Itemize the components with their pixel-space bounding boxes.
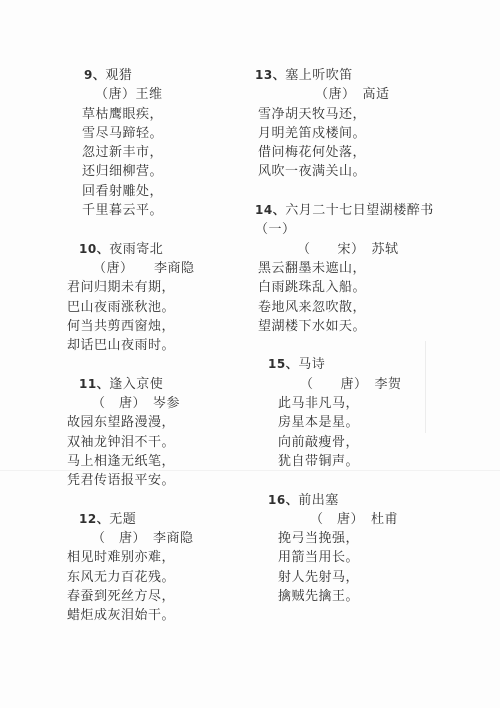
poem-line: 何当共剪西窗烛， [67,317,242,336]
left-column: 9、观猎 （唐）王维 草枯鹰眼疾， 雪尽马蹄轻。 忽过新丰市， 还归细柳营。 回… [67,66,242,645]
poem-author: （ 唐） 岑参 [92,394,242,413]
poem-title: 观猎 [105,68,132,83]
poem-line: 此马非凡马， [278,394,473,413]
poem-number: 12、 [79,512,109,526]
poem-number: 15、 [268,357,298,371]
poem-line: 蜡炬成灰泪始干。 [67,606,242,625]
poem-author: （唐） 李商隐 [93,259,242,278]
poem-title: 无题 [109,512,136,527]
poem-line: 君问归期未有期， [67,278,242,297]
poem-subtitle: （一） [255,220,473,239]
poem-line: 卷地风来忽吹散， [258,298,473,317]
poem-line: 用箭当用长。 [278,548,473,567]
poem-14: 14、六月二十七日望湖楼醉书 （一） （ 宋） 苏轼 黑云翻墨未遮山， 白雨跳珠… [253,201,473,336]
poem-author: （ 唐） 李商隐 [92,529,242,548]
right-column: 13、塞上听吹笛 （唐） 高适 雪净胡天牧马还， 月明羌笛戍楼间。 借问梅花何处… [253,66,473,626]
poem-line: 春蚕到死丝方尽， [67,587,242,606]
poem-line: 雪尽马蹄轻。 [82,124,242,143]
poem-heading: 16、前出塞 [268,491,473,510]
poem-line: 东风无力百花残。 [67,568,242,587]
poem-heading: 9、观猎 [84,66,242,85]
poem-line: 射人先射马， [278,568,473,587]
poem-line: 借问梅花何处落， [258,143,473,162]
poem-number: 13、 [255,68,285,82]
poem-line: 挽弓当挽强， [278,529,473,548]
poem-number: 10、 [79,242,109,256]
poem-line: 望湖楼下水如天。 [258,317,473,336]
poem-line: 巴山夜雨涨秋池。 [67,298,242,317]
poem-title: 六月二十七日望湖楼醉书 [285,203,434,218]
poem-heading: 15、马诗 [268,355,473,374]
poem-line: 相见时难别亦难， [67,548,242,567]
poem-line: 擒贼先擒王。 [278,587,473,606]
poem-line: 草枯鹰眼疾， [82,105,242,124]
poem-number: 9、 [84,68,105,82]
document-page: 9、观猎 （唐）王维 草枯鹰眼疾， 雪尽马蹄轻。 忽过新丰市， 还归细柳营。 回… [0,0,500,708]
poem-line: 千里暮云平。 [82,201,242,220]
poem-9: 9、观猎 （唐）王维 草枯鹰眼疾， 雪尽马蹄轻。 忽过新丰市， 还归细柳营。 回… [67,66,242,220]
poem-title: 前出塞 [298,493,339,508]
poem-line: 向前敲瘦骨， [278,433,473,452]
poem-line: 双袖龙钟泪不干。 [67,433,242,452]
poem-author: （唐） 高适 [315,85,473,104]
poem-heading: 13、塞上听吹笛 [255,66,473,85]
poem-10: 10、夜雨寄北 （唐） 李商隐 君问归期未有期， 巴山夜雨涨秋池。 何当共剪西窗… [67,240,242,356]
poem-line: 马上相逢无纸笔， [67,452,242,471]
poem-line: 回看射雕处， [82,182,242,201]
poem-line: 却话巴山夜雨时。 [67,336,242,355]
poem-line: 风吹一夜满关山。 [258,162,473,181]
poem-11: 11、逢入京使 （ 唐） 岑参 故园东望路漫漫， 双袖龙钟泪不干。 马上相逢无纸… [67,375,242,491]
poem-title: 夜雨寄北 [109,242,163,257]
poem-title: 塞上听吹笛 [285,68,353,83]
poem-line: 凭君传语报平安。 [67,471,242,490]
poem-number: 14、 [255,203,285,217]
poem-title: 马诗 [298,357,325,372]
poem-line: 还归细柳营。 [82,162,242,181]
poem-line: 雪净胡天牧马还， [258,105,473,124]
poem-title: 逢入京使 [109,377,163,392]
poem-13: 13、塞上听吹笛 （唐） 高适 雪净胡天牧马还， 月明羌笛戍楼间。 借问梅花何处… [253,66,473,182]
poem-author: （ 唐） 李贺 [300,375,473,394]
poem-line: 月明羌笛戍楼间。 [258,124,473,143]
poem-heading: 10、夜雨寄北 [79,240,242,259]
poem-heading: 11、逢入京使 [79,375,242,394]
poem-author: （ 唐） 杜甫 [310,510,473,529]
poem-12: 12、无题 （ 唐） 李商隐 相见时难别亦难， 东风无力百花残。 春蚕到死丝方尽… [67,510,242,626]
poem-16: 16、前出塞 （ 唐） 杜甫 挽弓当挽强， 用箭当用长。 射人先射马， 擒贼先擒… [253,491,473,607]
poem-author: （ 宋） 苏轼 [297,240,473,259]
poem-author: （唐）王维 [95,85,242,104]
poem-line: 故园东望路漫漫， [67,413,242,432]
poem-15: 15、马诗 （ 唐） 李贺 此马非凡马， 房星本是星。 向前敲瘦骨， 犹自带铜声… [253,355,473,471]
poem-number: 16、 [268,493,298,507]
poem-line: 犹自带铜声。 [278,452,473,471]
poem-line: 房星本是星。 [278,413,473,432]
poem-heading: 12、无题 [79,510,242,529]
poem-line: 黑云翻墨未遮山， [258,259,473,278]
poem-heading: 14、六月二十七日望湖楼醉书 [255,201,473,220]
poem-line: 忽过新丰市， [82,143,242,162]
poem-number: 11、 [79,377,109,391]
poem-line: 白雨跳珠乱入船。 [258,278,473,297]
